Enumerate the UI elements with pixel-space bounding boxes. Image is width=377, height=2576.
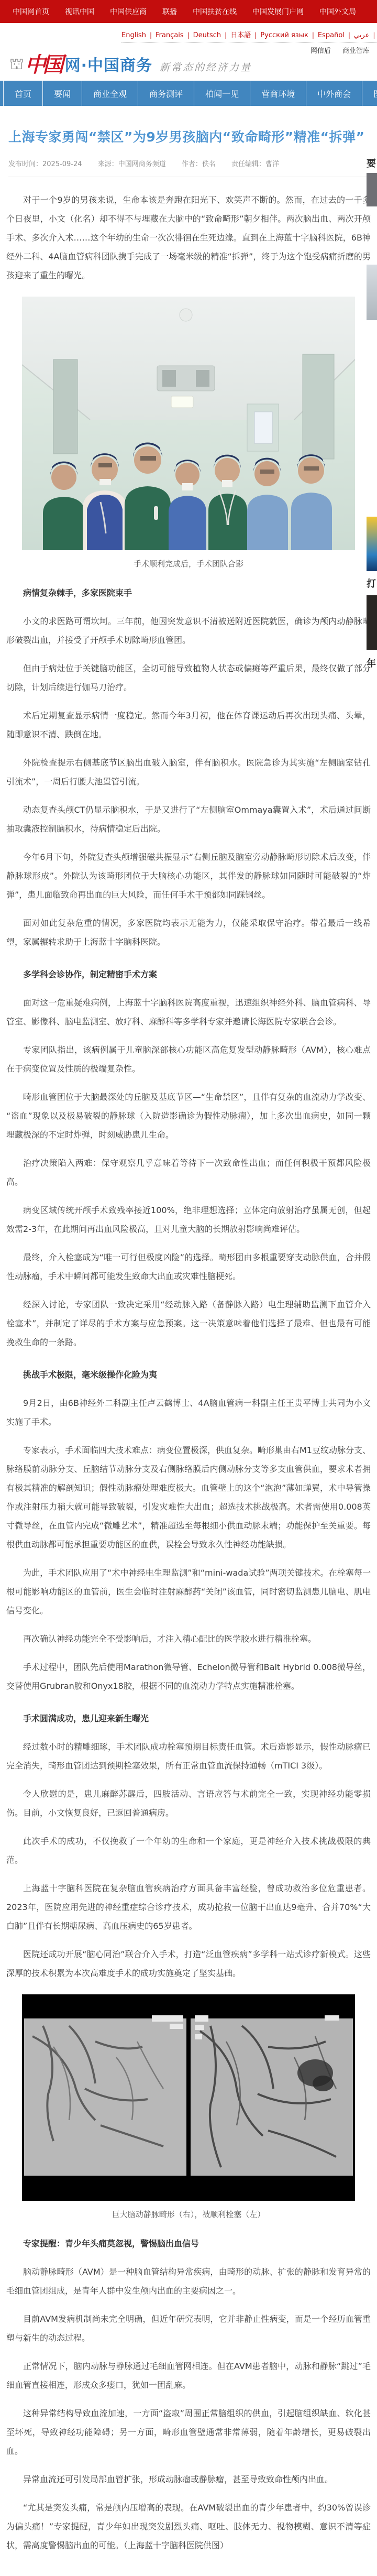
angiogram-image: [22, 1994, 355, 2201]
language-separator: |: [312, 31, 314, 39]
article-paragraph: 此次手术的成功，不仅挽救了一个年幼的生命和一个家庭，更是神经介入技术挑战极限的典…: [6, 1832, 371, 1870]
article-paragraph: 专家表示，手术面临四大技术难点：病变位置极深，供血复杂。畸形巢由右M1豆纹动脉分…: [6, 1441, 371, 1554]
intro-block: 对于一个9岁的男孩来说，生命本该是奔跑在阳光下、欢笑声不断的。然而，在过去的一千…: [6, 191, 371, 285]
team-photo-image: [22, 297, 355, 550]
site-slogan: 新常态的经济力量: [160, 60, 252, 75]
language-bar: English|Français|Deutsch|日本語|Русский язы…: [0, 23, 377, 42]
article-paragraph: 最终，介入栓塞成为“唯一可行但极度凶险”的选择。畸形团由多根重要穿支动脉供血，合…: [6, 1248, 371, 1286]
language-separator: |: [150, 31, 152, 39]
language-link[interactable]: Русский язык: [260, 31, 308, 39]
article-title: 上海专家勇闯“禁区”为9岁男孩脑内“致命畸形”精准“拆弹”: [8, 129, 369, 146]
article-paragraph: 9月2日，由6B神经外二科副主任卢云鹤博士、4A脑血管病一科副主任王贵平博士共同…: [6, 1394, 371, 1432]
top-red-bar: 中国网首页视讯中国中国供应商联播中国扶贫在线中国发展门户网中国外文局: [0, 0, 377, 23]
article-paragraph: 经深入讨论，专家团队一致决定采用“经动脉入路（备静脉入路）电生理辅助监测下血管介…: [6, 1295, 371, 1352]
nav-item-1[interactable]: 要闻: [43, 81, 82, 106]
nav-item-3[interactable]: 商务测评: [138, 81, 194, 106]
topbar-link[interactable]: 中国发展门户网: [252, 6, 304, 17]
article: 上海专家勇闯“禁区”为9岁男孩脑内“致命畸形”精准“拆弹” 发布时间：2025-…: [0, 129, 377, 2576]
link-wangxindun[interactable]: 网信盾: [311, 47, 331, 55]
article-paragraph: 令人欣慰的是，患儿麻醉苏醒后，四肢活动、言语应答与术前完全一致，实现神经功能零损…: [6, 1785, 371, 1822]
article-paragraph: 今年6月下旬，外院复查头颅增强磁共振显示“右侧丘脑及脑室旁动静脉畸形切除术后改变…: [6, 848, 371, 904]
site-logo[interactable]: 中国: [25, 54, 61, 75]
sidebar-thumbnail[interactable]: [367, 595, 377, 650]
article-paragraph: 手术过程中，团队先后使用Marathon微导管、Echelon微导管和Balt …: [6, 1658, 371, 1696]
article-paragraph: 面对如此复杂危重的情况，多家医院均表示无能为力，仅能采取保守治疗。带着最后一线希…: [6, 914, 371, 952]
article-meta: 发布时间：2025-09-24 来源：中国网商务频道 作者：佚名 责任编辑：曹洋: [8, 158, 369, 177]
article-paragraph: 面对这一危重疑难病例，上海蓝十字脑科医院高度重视，迅速组织神经外科、脑血管病科、…: [6, 994, 371, 1031]
language-separator: |: [254, 31, 257, 39]
nav-item-5[interactable]: 营商环境: [250, 81, 306, 106]
topbar-link[interactable]: 中国供应商: [110, 6, 147, 17]
topbar-link[interactable]: 联播: [162, 6, 177, 17]
article-paragraph: 治疗决策陷入两难：保守观察几乎意味着等待下一次致命性出血；而任何积极干预都风险极…: [6, 1154, 371, 1192]
article-paragraph: 术后定期复查显示病情一度稳定。然而今年3月初，他在体育课运动后再次出现头痛、头晕…: [6, 706, 371, 744]
nav-item-0[interactable]: 首页: [3, 81, 43, 106]
nav-item-6[interactable]: 中外商会: [306, 81, 362, 106]
article-paragraph: 目前AVM发病机制尚未完全明确，但近年研究表明，它并非静止性病变，而是一个经历血…: [6, 2310, 371, 2348]
main-nav: 首页要闻商业全观商务测评柏闻一见营商环境中外商会医语新说: [0, 81, 377, 106]
article-paragraph: 经过数小时的精雕细琢，手术团队成功栓塞预期目标责任血管。术后造影显示，假性动脉瘤…: [6, 1738, 371, 1775]
language-link[interactable]: Deutsch: [193, 31, 221, 39]
sidebar-thumbnail[interactable]: [367, 265, 377, 320]
nav-item-4[interactable]: 柏闻一见: [194, 81, 250, 106]
article-paragraph: 小文的求医路可谓坎坷。三年前，他因突发意识不清被送附近医院就医，确诊为颅内动静脉…: [6, 612, 371, 650]
publish-time: 发布时间：2025-09-24: [8, 160, 82, 168]
header-links: 网信盾 商业智库: [301, 45, 370, 55]
article-paragraph: 专家团队指出，该病例属于儿童脑深部核心功能区高危复发型动静脉畸形（AVM），核心…: [6, 1041, 371, 1078]
article-paragraph: 异常血流还可引发局部血管扩张，形成动脉瘤或静脉瘤，甚至导致致命性颅内出血。: [6, 2470, 371, 2489]
angiogram-caption: 巨大脑动静脉畸形（右），被顺利栓塞（左）: [22, 2208, 355, 2221]
article-paragraph: 正常情况下，脑内动脉与静脉通过毛细血管网相连。但在AVM患者脑中，动脉和静脉“跳…: [6, 2357, 371, 2395]
language-link[interactable]: Français: [156, 31, 184, 39]
topbar-link[interactable]: 中国网首页: [13, 6, 49, 17]
sidebar-heading-partial: 要: [367, 156, 376, 170]
article-paragraph: 这种异常结构导致血流加速，一方面“盗取”周围正常脑组织的供血，引起脑组织缺血、软…: [6, 2404, 371, 2461]
section-heading: 挑战手术极限，毫米级操作化险为夷: [6, 1366, 371, 1384]
topbar-link[interactable]: 中国扶贫在线: [193, 6, 237, 17]
article-paragraph: 外院检查提示右侧基底节区脑出血破入脑室，伴有脑积水。医院急诊为其实施“左侧脑室钻…: [6, 754, 371, 791]
topbar-link[interactable]: 视讯中国: [65, 6, 94, 17]
language-link[interactable]: 日本語: [230, 31, 251, 39]
language-separator: |: [348, 31, 350, 39]
article-paragraph: “尤其是突发头痛，常是颅内压增高的表现。在AVM破裂出血的青少年患者中，约30%…: [6, 2498, 371, 2555]
source[interactable]: 来源：中国网商务频道: [98, 160, 166, 168]
team-photo-figure: 手术顺利完成后，手术团队合影: [22, 297, 355, 570]
language-link[interactable]: Español: [318, 31, 345, 39]
site-logo-text[interactable]: 网·中国商务: [65, 52, 152, 75]
article-paragraph: 对于一个9岁的男孩来说，生命本该是奔跑在阳光下、欢笑声不断的。然而，在过去的一千…: [6, 191, 371, 285]
author: 作者：佚名: [182, 160, 216, 168]
page: 中国网首页视讯中国中国供应商联播中国扶贫在线中国发展门户网中国外文局 Engli…: [0, 0, 377, 2576]
section-heading: 手术圆满成功，患儿迎来新生曙光: [6, 1709, 371, 1728]
article-paragraph: 上海蓝十字脑科医院在复杂脑血管疾病治疗方面具备丰富经验，曾成功救治多位危重患者。…: [6, 1879, 371, 1936]
language-link[interactable]: English: [121, 31, 146, 39]
language-separator: |: [187, 31, 190, 39]
topbar-link[interactable]: 中国外文局: [319, 6, 356, 17]
logo-tower-icon: ⛫: [9, 55, 24, 75]
article-paragraph: 病变区域传统开颅手术致残率接近100%，绝非理想选择；立体定向放射治疗虽属无创，…: [6, 1201, 371, 1239]
article-paragraph: 医院还成功开展“脑心同治”联合介入手术，打造“泛血管疾病”多学科一站式诊疗新模式…: [6, 1945, 371, 1983]
article-body: 对于一个9岁的男孩来说，生命本该是奔跑在阳光下、欢笑声不断的。然而，在过去的一千…: [6, 177, 371, 2576]
editor: 责任编辑：曹洋: [231, 160, 279, 168]
article-paragraph: 但由于病灶位于关键脑功能区，全切可能导致植物人状态或偏瘫等严重后果，最终仅做了部…: [6, 659, 371, 697]
article-paragraph: 动态复查头颅CT仍显示脑积水，于是又进行了“左侧脑室Ommaya囊置入术”，术后…: [6, 801, 371, 838]
section-heading: 病情复杂棘手，多家医院束手: [6, 584, 371, 603]
sections-a: 病情复杂棘手，多家医院束手小文的求医路可谓坎坷。三年前，他因突发意识不清被送附近…: [6, 584, 371, 1983]
nav-item-2[interactable]: 商业全观: [82, 81, 138, 106]
section-heading: 专家提醒：青少年头痛莫忽视，警惕脑出血信号: [6, 2234, 371, 2253]
article-paragraph: 再次确认神经功能完全不受影响后，才注入精心配比的医学胶水进行精准栓塞。: [6, 1630, 371, 1649]
sidebar-text-partial[interactable]: 年: [367, 656, 376, 670]
right-sidebar-cutoff: 要 打 年: [365, 0, 377, 2576]
team-photo-caption: 手术顺利完成后，手术团队合影: [22, 558, 355, 570]
site-header: ⛫ 中国 网·中国商务 新常态的经济力量 网信盾 商业智库: [0, 43, 377, 81]
article-paragraph: 畸形血管团位于大脑最深处的丘脑及基底节区—“生命禁区”，且伴有复杂的血流动力学改…: [6, 1088, 371, 1144]
sections-b: 专家提醒：青少年头痛莫忽视，警惕脑出血信号脑动静脉畸形（AVM）是一种脑血管结构…: [6, 2234, 371, 2555]
sidebar-thumbnail[interactable]: [367, 517, 377, 571]
section-heading: 多学科会诊协作，制定精密手术方案: [6, 965, 371, 984]
article-paragraph: 脑动静脉畸形（AVM）是一种脑血管结构异常疾病，由畸形的动脉、扩张的静脉和发育异…: [6, 2263, 371, 2300]
sidebar-thumbnail[interactable]: [367, 173, 377, 206]
sidebar-text-partial[interactable]: 打: [367, 576, 376, 590]
angiogram-figure: 巨大脑动静脉畸形（右），被顺利栓塞（左）: [22, 1994, 355, 2221]
language-separator: |: [225, 31, 227, 39]
article-paragraph: 为此，手术团队应用了“术中神经电生理监测”和“mini-wada试验”两项关键技…: [6, 1564, 371, 1620]
